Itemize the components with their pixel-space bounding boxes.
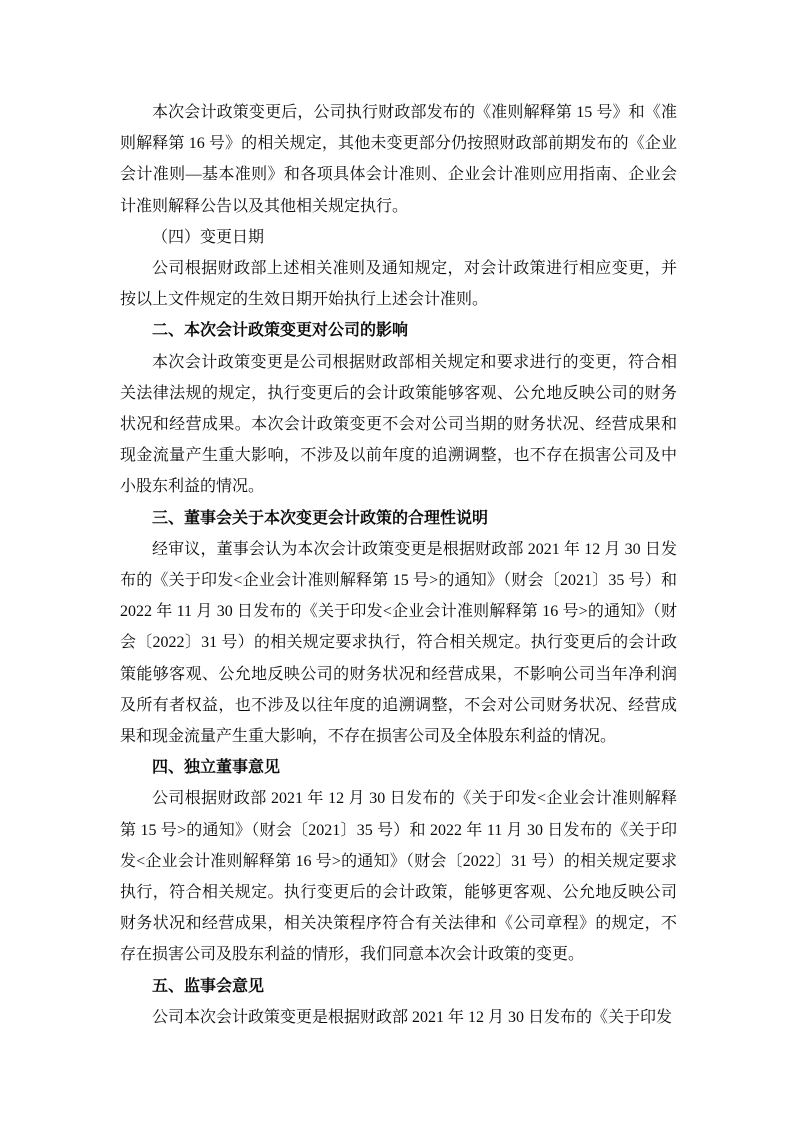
document-content: 本次会计政策变更后，公司执行财政部发布的《准则解释第 15 号》和《准则解释第 … bbox=[120, 97, 677, 1033]
heading-section-5-supervisory-board: 五、监事会意见 bbox=[120, 971, 677, 1002]
paragraph-board-explanation-body: 经审议，董事会认为本次会计政策变更是根据财政部 2021 年 12 月 30 日… bbox=[120, 534, 677, 752]
paragraph-supervisory-board-body: 公司本次会计政策变更是根据财政部 2021 年 12 月 30 日发布的《关于印… bbox=[120, 1002, 677, 1033]
paragraph-independent-directors-body: 公司根据财政部 2021 年 12 月 30 日发布的《关于印发<企业会计准则解… bbox=[120, 783, 677, 970]
heading-section-4-independent-directors: 四、独立董事意见 bbox=[120, 752, 677, 783]
paragraph-policy-execution: 本次会计政策变更后，公司执行财政部发布的《准则解释第 15 号》和《准则解释第 … bbox=[120, 97, 677, 222]
paragraph-impact-body: 本次会计政策变更是公司根据财政部相关规定和要求进行的变更，符合相关法律法规的规定… bbox=[120, 347, 677, 503]
paragraph-change-date-body: 公司根据财政部上述相关准则及通知规定，对会计政策进行相应变更，并按以上文件规定的… bbox=[120, 253, 677, 315]
paragraph-change-date-label: （四）变更日期 bbox=[120, 222, 677, 253]
document-page: 本次会计政策变更后，公司执行财政部发布的《准则解释第 15 号》和《准则解释第 … bbox=[0, 0, 793, 1122]
heading-section-3-board-explanation: 三、董事会关于本次变更会计政策的合理性说明 bbox=[120, 503, 677, 534]
heading-section-2-impact: 二、本次会计政策变更对公司的影响 bbox=[120, 315, 677, 346]
